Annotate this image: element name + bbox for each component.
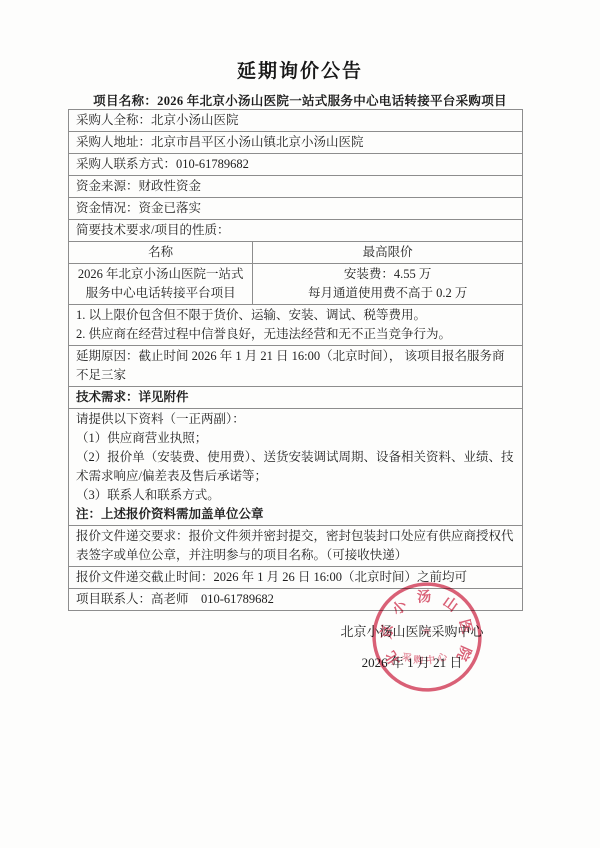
- submission-deadline-cell: 报价文件递交截止时间：2026 年 1 月 26 日 16:00（北京时间）之前…: [69, 567, 523, 589]
- item-price-cell: 安装费：4.55 万 每月通道使用费不高于 0.2 万: [253, 264, 523, 305]
- material-item-1: （1）供应商营业执照；: [76, 429, 515, 448]
- table-row: 报价文件递交要求：报价文件须并密封提交，密封包装封口处应有供应商授权代表签字或单…: [69, 526, 523, 567]
- price-note-2: 2. 供应商在经营过程中信誉良好，无违法经营和无不正当竞争行为。: [76, 325, 515, 344]
- tech-demand-cell: 技术需求：详见附件: [69, 387, 523, 409]
- document-page: 延期询价公告 项目名称：2026 年北京小汤山医院一站式服务中心电话转接平台采购…: [0, 0, 600, 848]
- table-row: 延期原因：截止时间 2026 年 1 月 21 日 16:00（北京时间）， 该…: [69, 346, 523, 387]
- table-row: 简要技术要求/项目的性质：: [69, 220, 523, 242]
- fund-status-cell: 资金情况：资金已落实: [69, 198, 523, 220]
- procurement-table: 采购人全称：北京小汤山医院 采购人地址：北京市昌平区小汤山镇北京小汤山医院 采购…: [68, 109, 523, 611]
- tech-requirement-header-cell: 简要技术要求/项目的性质：: [69, 220, 523, 242]
- table-row: 技术需求：详见附件: [69, 387, 523, 409]
- buyer-name-cell: 采购人全称：北京小汤山医院: [69, 110, 523, 132]
- material-item-3: （3）联系人和联系方式。: [76, 486, 515, 505]
- project-contact-cell: 项目联系人：高老师 010-61789682: [69, 589, 523, 611]
- table-row: 资金来源：财政性资金: [69, 176, 523, 198]
- item-name-cell: 2026 年北京小汤山医院一站式 服务中心电话转接平台项目: [69, 264, 253, 305]
- item-name-line2: 服务中心电话转接平台项目: [76, 284, 245, 303]
- submission-requirement-cell: 报价文件递交要求：报价文件须并密封提交，密封包装封口处应有供应商授权代表签字或单…: [69, 526, 523, 567]
- table-row: 采购人联系方式：010-61789682: [69, 154, 523, 176]
- price-line2: 每月通道使用费不高于 0.2 万: [260, 284, 515, 303]
- material-item-2: （2）报价单（安装费、使用费）、送货安装调试周期、设备相关资料、业绩、技术需求响…: [76, 448, 515, 486]
- price-note-1: 1. 以上限价包含但不限于货价、运输、安装、调试、税等费用。: [76, 306, 515, 325]
- price-notes-cell: 1. 以上限价包含但不限于货价、运输、安装、调试、税等费用。 2. 供应商在经营…: [69, 305, 523, 346]
- footer-organization: 北京小汤山医院采购中心: [302, 621, 522, 640]
- delay-reason-cell: 延期原因：截止时间 2026 年 1 月 21 日 16:00（北京时间）， 该…: [69, 346, 523, 387]
- footer-date: 2026 年 1 月 21 日: [302, 652, 522, 671]
- price-table-header-row: 名称 最高限价: [69, 242, 523, 264]
- table-row: 项目联系人：高老师 010-61789682: [69, 589, 523, 611]
- table-row: 报价文件递交截止时间：2026 年 1 月 26 日 16:00（北京时间）之前…: [69, 567, 523, 589]
- price-line1: 安装费：4.55 万: [260, 265, 515, 284]
- required-materials-cell: 请提供以下资料（一正两副）： （1）供应商营业执照； （2）报价单（安装费、使用…: [69, 409, 523, 526]
- materials-note: 注：上述报价资料需加盖单位公章: [76, 505, 515, 524]
- page-title: 延期询价公告: [0, 56, 600, 83]
- column-header-max-price: 最高限价: [253, 242, 523, 264]
- table-row: 采购人全称：北京小汤山医院: [69, 110, 523, 132]
- buyer-contact-cell: 采购人联系方式：010-61789682: [69, 154, 523, 176]
- buyer-address-cell: 采购人地址：北京市昌平区小汤山镇北京小汤山医院: [69, 132, 523, 154]
- item-name-line1: 2026 年北京小汤山医院一站式: [76, 265, 245, 284]
- table-row: 1. 以上限价包含但不限于货价、运输、安装、调试、税等费用。 2. 供应商在经营…: [69, 305, 523, 346]
- table-row: 资金情况：资金已落实: [69, 198, 523, 220]
- column-header-name: 名称: [69, 242, 253, 264]
- project-name-line: 项目名称：2026 年北京小汤山医院一站式服务中心电话转接平台采购项目: [0, 91, 600, 109]
- table-row: 采购人地址：北京市昌平区小汤山镇北京小汤山医院: [69, 132, 523, 154]
- table-row: 请提供以下资料（一正两副）： （1）供应商营业执照； （2）报价单（安装费、使用…: [69, 409, 523, 526]
- materials-intro: 请提供以下资料（一正两副）：: [76, 410, 515, 429]
- price-table-item-row: 2026 年北京小汤山医院一站式 服务中心电话转接平台项目 安装费：4.55 万…: [69, 264, 523, 305]
- fund-source-cell: 资金来源：财政性资金: [69, 176, 523, 198]
